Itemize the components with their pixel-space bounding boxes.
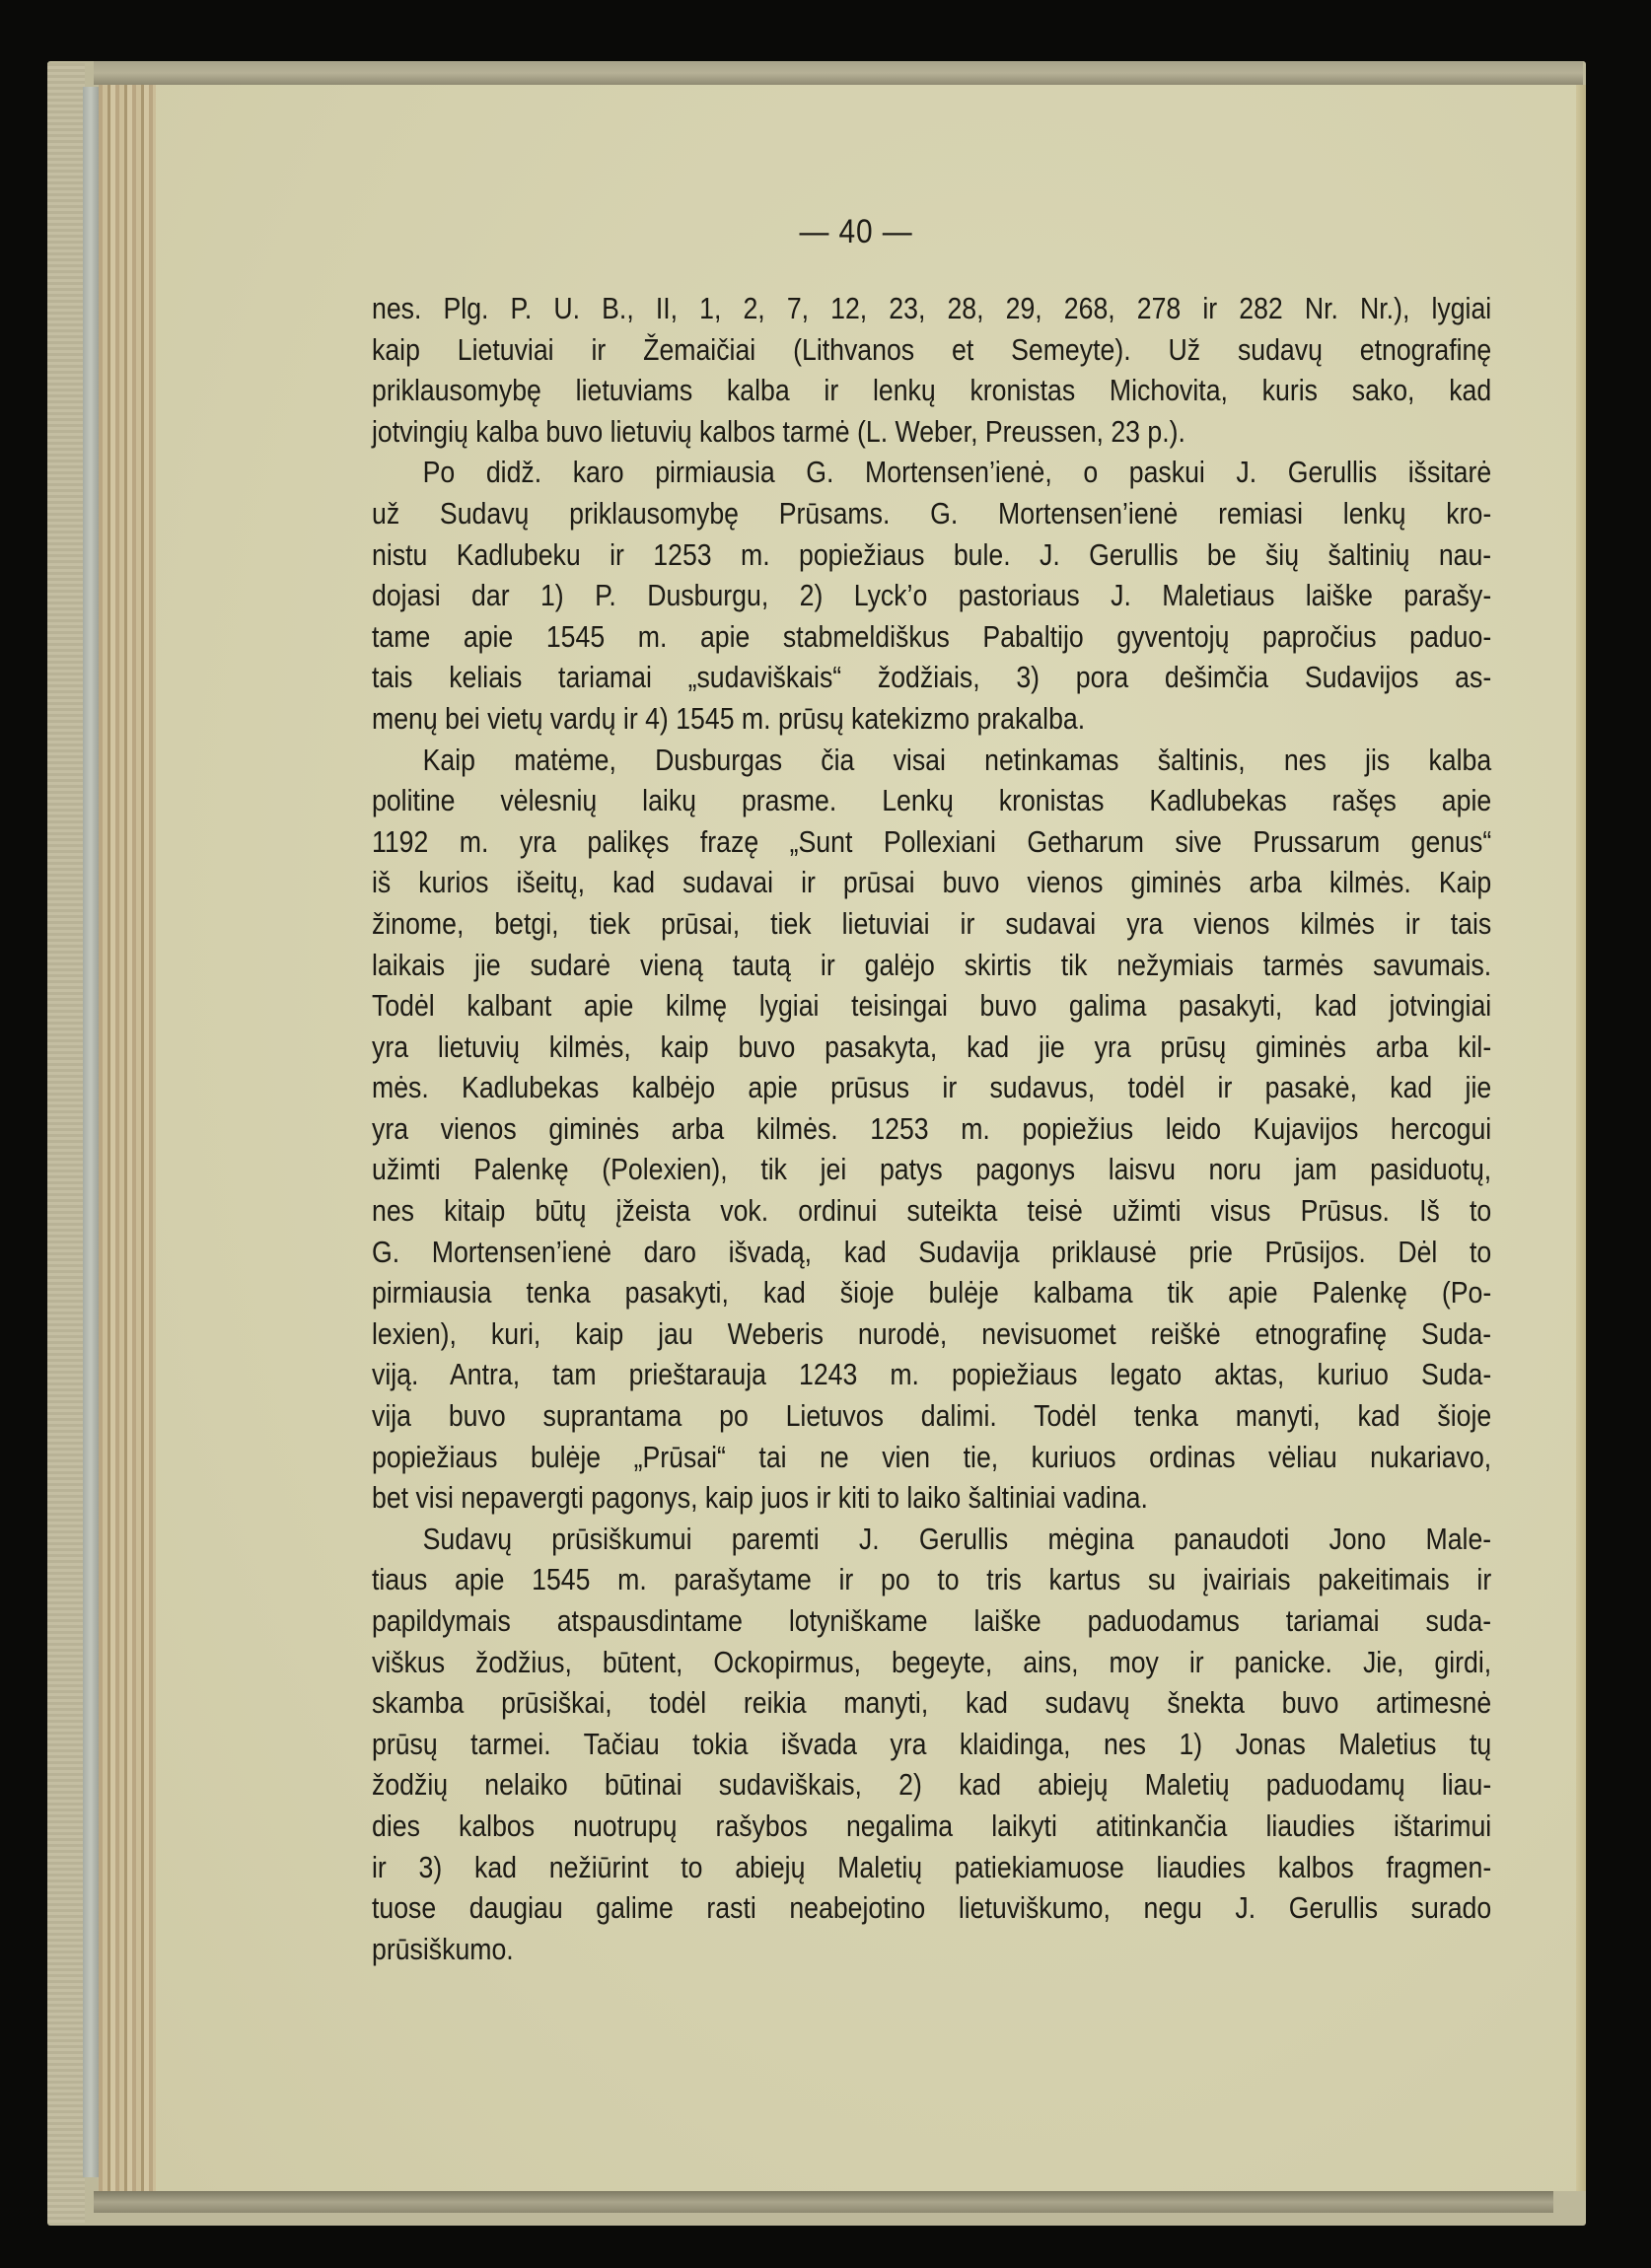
text-line: nistu Kadlubeku ir 1253 m. popiežiaus bu… (372, 534, 1491, 576)
text-line: tuose daugiau galime rasti neabejotino l… (372, 1887, 1491, 1929)
text-line: papildymais atspausdintame lotyniškame l… (372, 1600, 1491, 1642)
text-line: žinome, betgi, tiek prūsai, tiek lietuvi… (372, 903, 1491, 945)
text-line: tame apie 1545 m. apie stabmeldiškus Pab… (372, 616, 1491, 658)
page-right-edge (1576, 85, 1586, 2191)
text-line: užimti Palenkę (Polexien), tik jei patys… (372, 1149, 1491, 1190)
text-line: 1192 m. yra palikęs frazę „Sunt Pollexia… (372, 821, 1491, 863)
text-line: priklausomybę lietuviams kalba ir lenkų … (372, 370, 1491, 411)
text-line: Todėl kalbant apie kilmę lygiai teisinga… (372, 985, 1491, 1027)
page-number: — 40 — (230, 213, 1483, 251)
text-line: kaip Lietuviai ir Žemaičiai (Lithvanos e… (372, 329, 1491, 371)
text-line: nes. Plg. P. U. B., II, 1, 2, 7, 12, 23,… (372, 288, 1491, 329)
text-line: politine vėlesnių laikų prasme. Lenkų kr… (372, 780, 1491, 821)
text-line: nes kitaip būtų įžeista vok. ordinui sut… (372, 1190, 1491, 1232)
text-line: tais keliais tariamai „sudaviškais“ žodž… (372, 657, 1491, 698)
text-line: bet visi nepavergti pagonys, kaip juos i… (372, 1477, 1491, 1519)
book-page: — 40 — nes. Plg. P. U. B., II, 1, 2, 7, … (156, 85, 1580, 2191)
cover-top-edge (94, 61, 1583, 85)
text-line: prūsų tarmei. Tačiau tokia išvada yra kl… (372, 1724, 1491, 1765)
text-line: mės. Kadlubekas kalbėjo apie prūsus ir s… (372, 1067, 1491, 1108)
text-line: lexien), kuri, kaip jau Weberis nurodė, … (372, 1313, 1491, 1355)
book-spine-cloth (47, 63, 85, 2223)
text-line: jotvingių kalba buvo lietuvių kalbos tar… (372, 411, 1491, 453)
text-line: prūsiškumo. (372, 1929, 1491, 1970)
text-line: pirmiausia tenka pasakyti, kad šioje bul… (372, 1272, 1491, 1313)
text-line: yra vienos giminės arba kilmės. 1253 m. … (372, 1108, 1491, 1150)
text-line: yra lietuvių kilmės, kaip buvo pasakyta,… (372, 1027, 1491, 1068)
text-line: ir 3) kad nežiūrint to abiejų Maletių pa… (372, 1847, 1491, 1888)
text-line: viškus žodžius, būtent, Ockopirmus, bege… (372, 1642, 1491, 1683)
text-line: žodžių nelaiko būtinai sudaviškais, 2) k… (372, 1764, 1491, 1806)
paragraph-start-line: Sudavų prūsiškumui paremti J. Gerullis m… (372, 1519, 1491, 1560)
book-hinge (83, 87, 99, 2177)
text-line: tiaus apie 1545 m. parašytame ir po to t… (372, 1559, 1491, 1600)
text-line: popiežiaus bulėje „Prūsai“ tai ne vien t… (372, 1437, 1491, 1478)
paragraph-start-line: Kaip matėme, Dusburgas čia visai netinka… (372, 740, 1491, 781)
text-line: menų bei vietų vardų ir 4) 1545 m. prūsų… (372, 698, 1491, 740)
text-line: už Sudavų priklausomybę Prūsams. G. Mort… (372, 493, 1491, 534)
text-line: vija buvo suprantama po Lietuvos dalimi.… (372, 1395, 1491, 1437)
text-line: G. Mortensen’ienė daro išvadą, kad Sudav… (372, 1232, 1491, 1273)
text-line: skamba prūsiškai, todėl reikia manyti, k… (372, 1682, 1491, 1724)
text-line: viją. Antra, tam prieštarauja 1243 m. po… (372, 1354, 1491, 1395)
text-line: dojasi dar 1) P. Dusburgu, 2) Lyck’o pas… (372, 575, 1491, 616)
body-text: nes. Plg. P. U. B., II, 1, 2, 7, 12, 23,… (372, 288, 1491, 1969)
text-line: laikais jie sudarė vieną tautą ir galėjo… (372, 945, 1491, 986)
cover-bottom-edge (94, 2191, 1553, 2213)
page-edges (99, 85, 156, 2191)
text-line: dies kalbos nuotrupų rašybos negalima la… (372, 1806, 1491, 1847)
paragraph-start-line: Po didž. karo pirmiausia G. Mortensen’ie… (372, 452, 1491, 493)
text-line: iš kurios išeitų, kad sudavai ir prūsai … (372, 862, 1491, 903)
